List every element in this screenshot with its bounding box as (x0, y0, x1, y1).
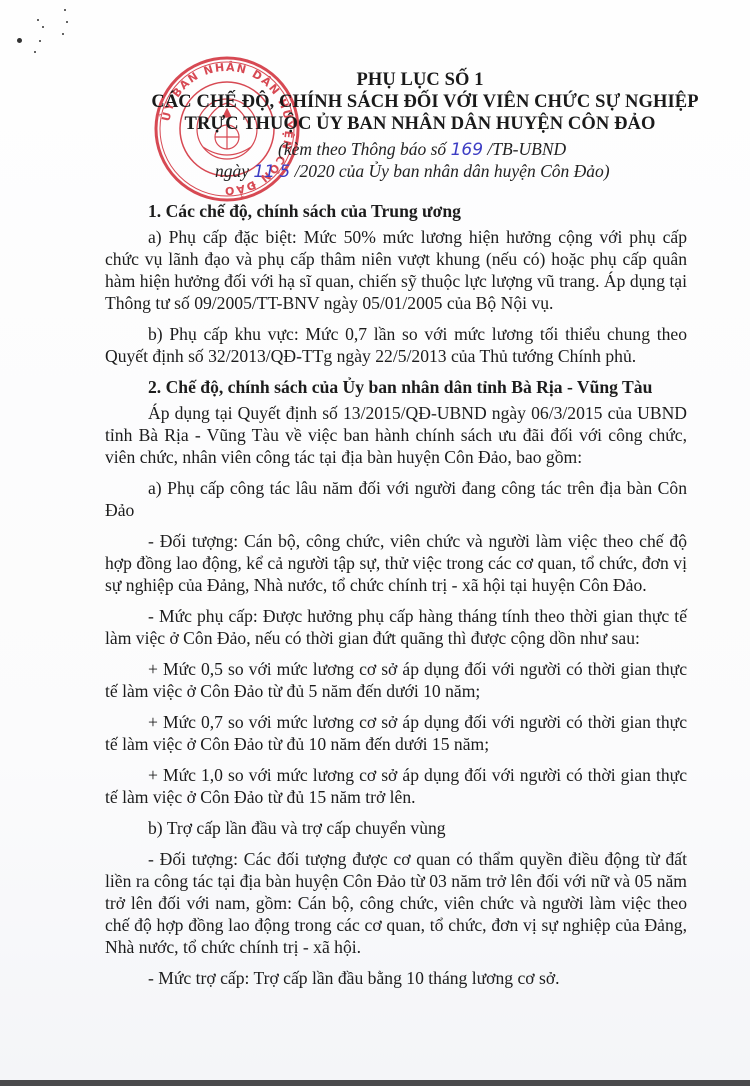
subtitle-line-1: (kèm theo Thông báo số 169 /TB-UBND (278, 139, 566, 160)
paragraph: - Mức phụ cấp: Được hưởng phụ cấp hàng t… (105, 605, 687, 649)
document-page: ỦY BAN NHÂN DÂN HUYỆN CÔN ĐẢO PHỤ LỤC SỐ… (0, 0, 750, 1080)
document-heading-line-2: TRỰC THUỘC ỦY BAN NHÂN DÂN HUYỆN CÔN ĐẢO (120, 114, 720, 135)
document-body: 1. Các chế độ, chính sách của Trung ương… (105, 200, 687, 998)
paragraph: + Mức 0,5 so với mức lương cơ sở áp dụng… (105, 658, 687, 702)
document-heading-line-1: CÁC CHẾ ĐỘ, CHÍNH SÁCH ĐỐI VỚI VIÊN CHỨC… (115, 92, 735, 113)
scan-bottom-edge (0, 1080, 750, 1086)
paragraph: a) Phụ cấp công tác lâu năm đối với ngườ… (105, 477, 687, 521)
subtitle-suffix: /TB-UBND (487, 139, 566, 159)
paragraph: + Mức 0,7 so với mức lương cơ sở áp dụng… (105, 711, 687, 755)
paragraph: a) Phụ cấp đặc biệt: Mức 50% mức lương h… (105, 226, 687, 314)
paragraph: + Mức 1,0 so với mức lương cơ sở áp dụng… (105, 764, 687, 808)
handwritten-day: 11 (253, 162, 275, 182)
handwritten-notice-number: 169 (451, 140, 483, 160)
handwritten-month: 5 (279, 162, 290, 182)
paragraph: - Đối tượng: Các đối tượng được cơ quan … (105, 848, 687, 958)
date-prefix: ngày (215, 161, 249, 181)
section-2-heading: 2. Chế độ, chính sách của Ủy ban nhân dâ… (105, 376, 687, 398)
date-suffix: /2020 của Ủy ban nhân dân huyện Côn Đảo) (295, 161, 610, 181)
paragraph: Áp dụng tại Quyết định số 13/2015/QĐ-UBN… (105, 402, 687, 468)
subtitle-prefix: (kèm theo Thông báo số (278, 139, 446, 159)
paragraph: - Mức trợ cấp: Trợ cấp lần đầu bằng 10 t… (105, 967, 687, 989)
section-1-heading: 1. Các chế độ, chính sách của Trung ương (105, 200, 687, 222)
paragraph: b) Trợ cấp lần đầu và trợ cấp chuyển vùn… (105, 817, 687, 839)
appendix-title: PHỤ LỤC SỐ 1 (120, 70, 720, 91)
subtitle-line-2: ngày 11 5 /2020 của Ủy ban nhân dân huyệ… (215, 161, 610, 182)
paragraph: b) Phụ cấp khu vực: Mức 0,7 lần so với m… (105, 323, 687, 367)
paragraph: - Đối tượng: Cán bộ, công chức, viên chứ… (105, 530, 687, 596)
